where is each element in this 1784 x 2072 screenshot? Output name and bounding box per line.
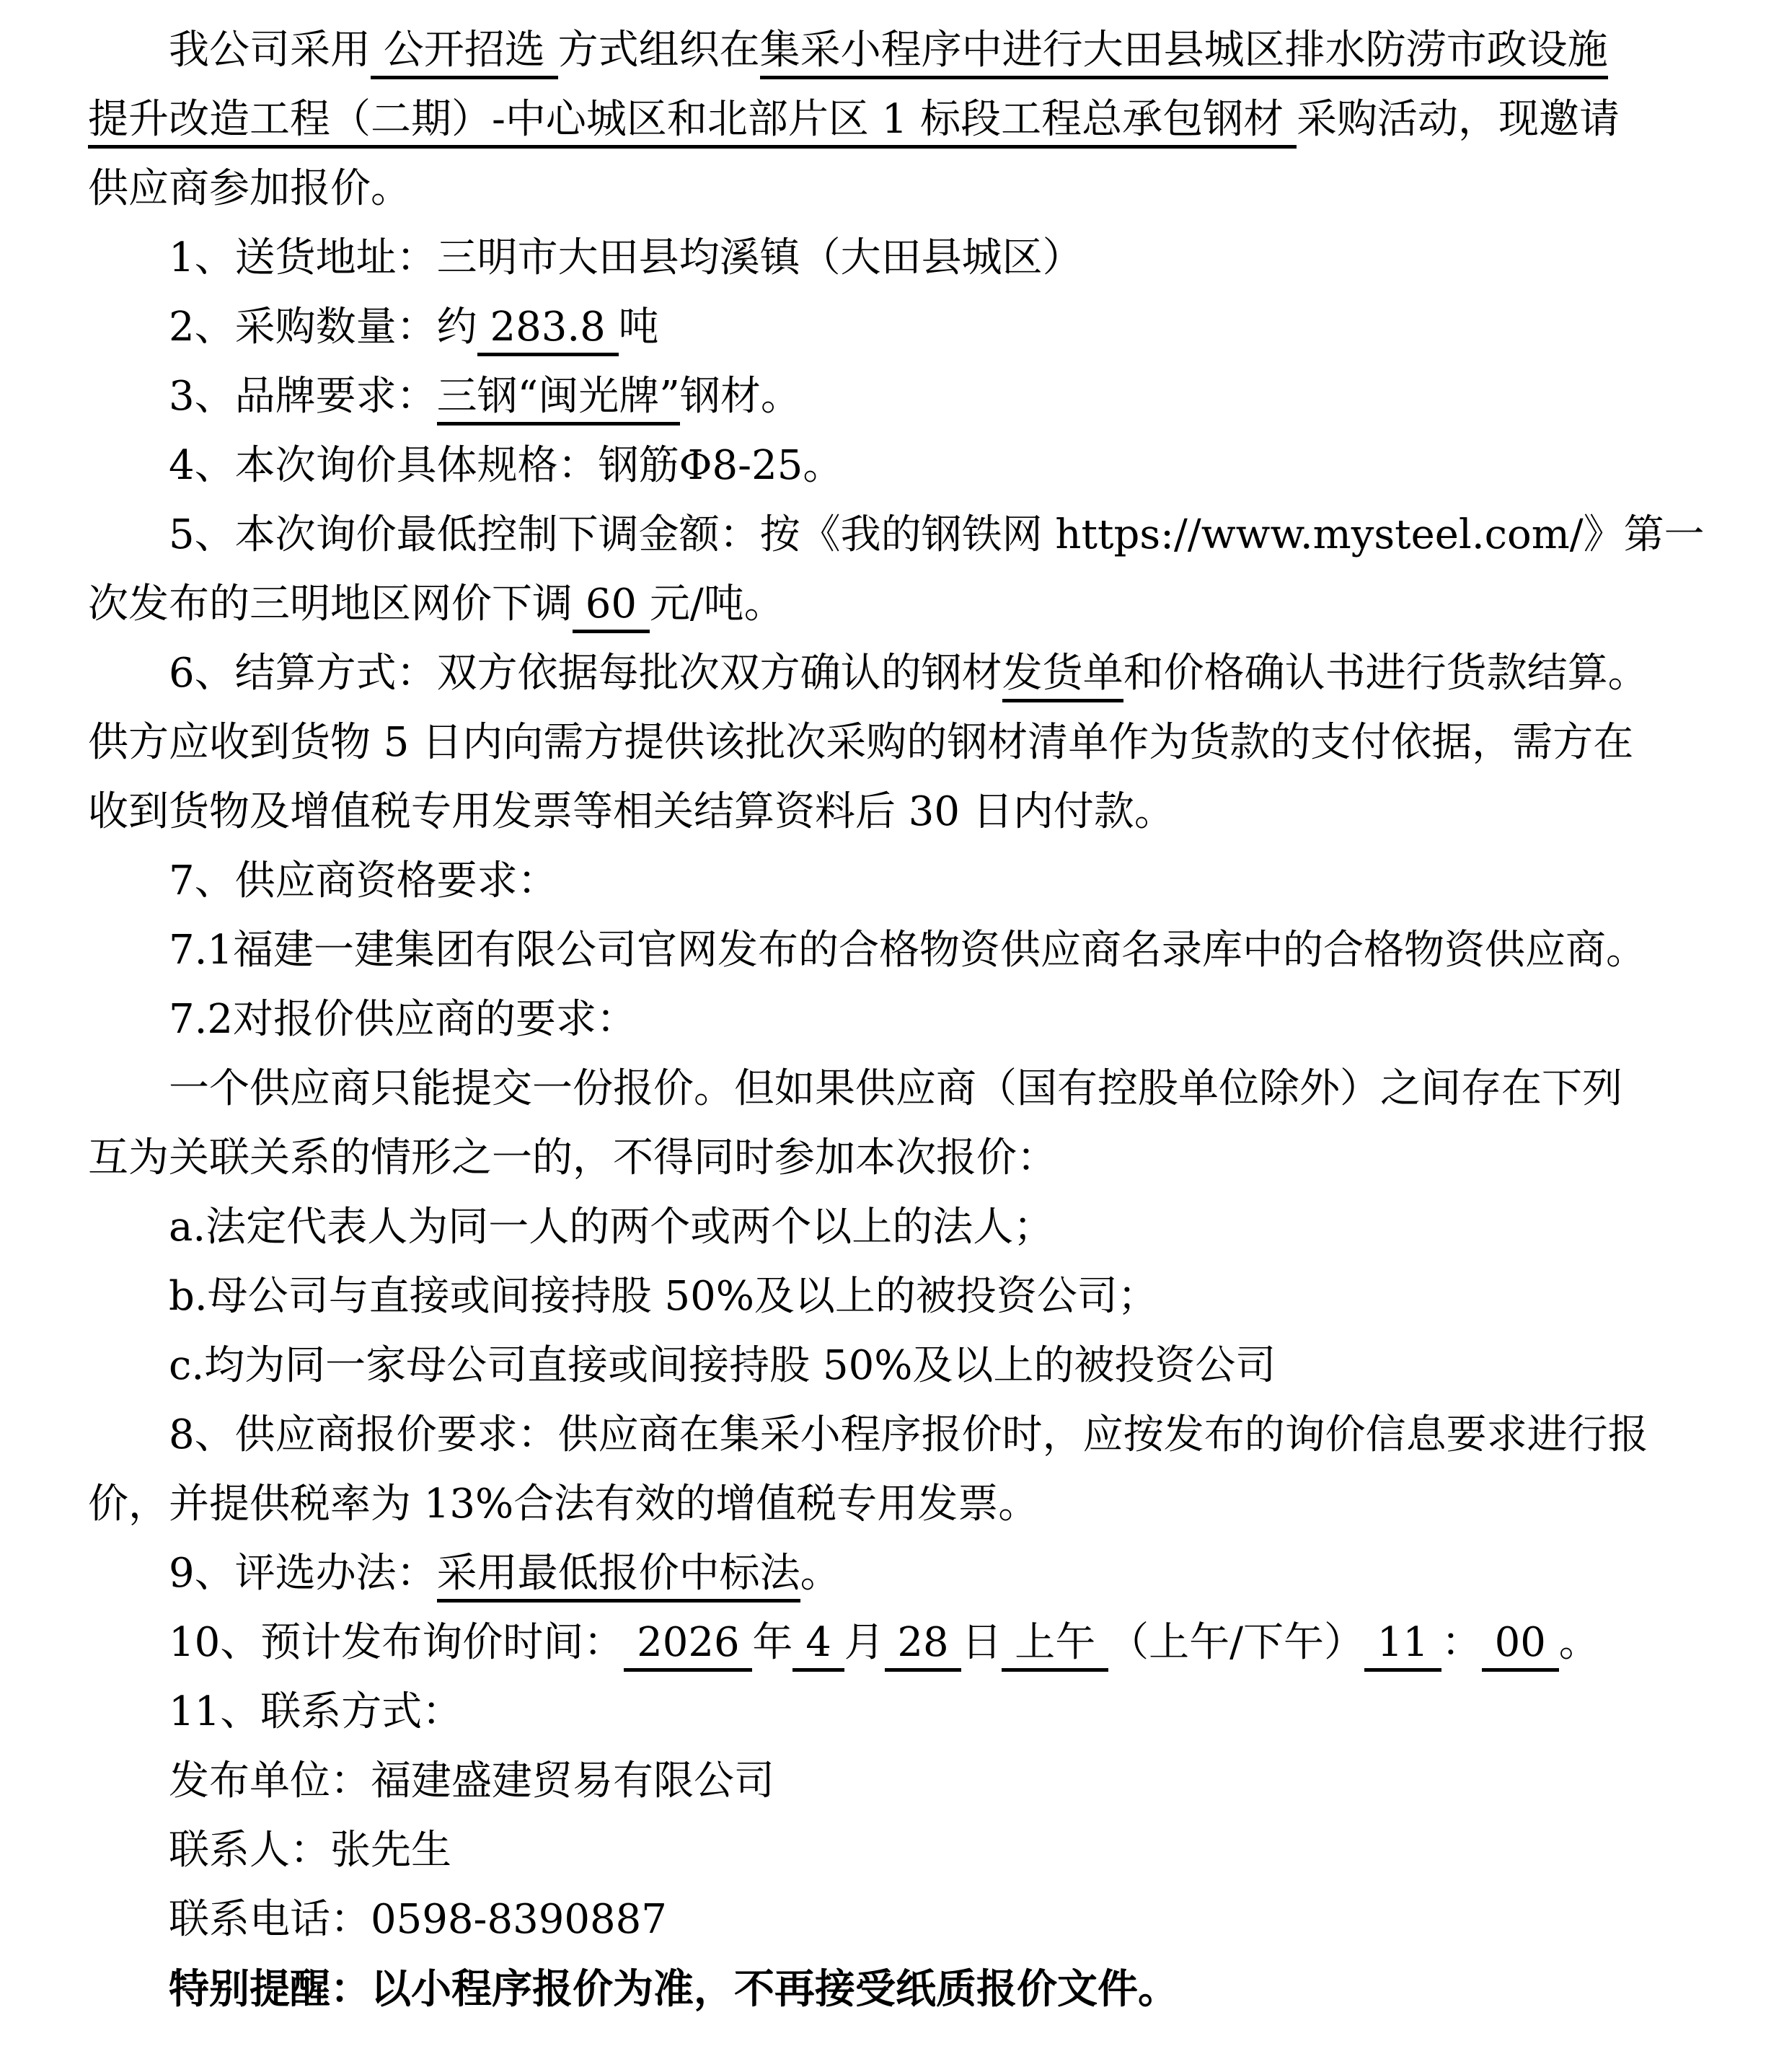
text-run: 元/吨。 bbox=[650, 581, 785, 627]
underlined-text-run: 60 bbox=[573, 581, 650, 633]
text-run: 联系人：张先生 bbox=[169, 1827, 451, 1874]
text-run: 收到货物及增值税专用发票等相关结算资料后 30 日内付款。 bbox=[88, 788, 1175, 835]
underlined-text-run: 采用最低报价中标法 bbox=[437, 1550, 800, 1603]
text-run: 我公司采用 bbox=[169, 27, 371, 74]
text-run: 。 bbox=[1559, 1619, 1599, 1666]
document-body: 我公司采用 公开招选 方式组织在集采小程序中进行大田县城区排水防涝市政设施提升改… bbox=[88, 16, 1723, 2024]
underlined-text-run: 公开招选 bbox=[371, 27, 558, 79]
paragraph-line: 我公司采用 公开招选 方式组织在集采小程序中进行大田县城区排水防涝市政设施 bbox=[88, 16, 1723, 85]
underlined-text-run: 11 bbox=[1364, 1619, 1441, 1672]
text-run: 4、本次询价具体规格：钢筋Φ8-25。 bbox=[169, 442, 843, 489]
text-run: 。 bbox=[800, 1550, 841, 1597]
underlined-text-run: 提升改造工程（二期）-中心城区和北部片区 1 标段工程总承包钢材 bbox=[88, 96, 1297, 149]
text-run: 7、供应商资格要求： bbox=[169, 858, 558, 904]
text-run: 2、采购数量：约 bbox=[169, 304, 477, 351]
paragraph-line: 7、供应商资格要求： bbox=[88, 847, 1723, 916]
paragraph-line: 发布单位：福建盛建贸易有限公司 bbox=[88, 1747, 1723, 1816]
paragraph-line: 9、评选办法：采用最低报价中标法。 bbox=[88, 1539, 1723, 1608]
underlined-text-run: 4 bbox=[792, 1619, 844, 1672]
paragraph-line: 一个供应商只能提交一份报价。但如果供应商（国有控股单位除外）之间存在下列 bbox=[88, 1054, 1723, 1124]
text-run: 年 bbox=[752, 1619, 792, 1666]
text-run: 发布单位：福建盛建贸易有限公司 bbox=[169, 1758, 774, 1804]
text-run: 钢材。 bbox=[680, 373, 801, 420]
text-run: 9、评选办法： bbox=[169, 1550, 437, 1597]
text-run: 方式组织在 bbox=[558, 27, 760, 74]
text-run: 互为关联关系的情形之一的，不得同时参加本次报价： bbox=[88, 1134, 1057, 1181]
underlined-text-run: 00 bbox=[1482, 1619, 1559, 1672]
text-run: 供应商参加报价。 bbox=[88, 165, 411, 212]
paragraph-line: 3、品牌要求：三钢“闽光牌”钢材。 bbox=[88, 362, 1723, 431]
paragraph-line: b.母公司与直接或间接持股 50%及以上的被投资公司； bbox=[88, 1262, 1723, 1331]
text-run: 特别提醒：以小程序报价为准，不再接受纸质报价文件。 bbox=[169, 1965, 1178, 2013]
document-page: 我公司采用 公开招选 方式组织在集采小程序中进行大田县城区排水防涝市政设施提升改… bbox=[0, 0, 1784, 2072]
paragraph-line: 联系电话：0598-8390887 bbox=[88, 1885, 1723, 1954]
paragraph-line: 11、联系方式： bbox=[88, 1678, 1723, 1747]
underlined-text-run: 28 bbox=[885, 1619, 962, 1672]
text-run: ： bbox=[1441, 1619, 1482, 1666]
text-run: 供方应收到货物 5 日内向需方提供该批次采购的钢材清单作为货款的支付依据，需方在 bbox=[88, 719, 1633, 766]
text-run: 吨 bbox=[619, 304, 659, 351]
paragraph-line: 7.1福建一建集团有限公司官网发布的合格物资供应商名录库中的合格物资供应商。 bbox=[88, 916, 1723, 985]
text-run: 和价格确认书进行货款结算。 bbox=[1123, 650, 1648, 697]
paragraph-line: 收到货物及增值税专用发票等相关结算资料后 30 日内付款。 bbox=[88, 777, 1723, 847]
paragraph-line: 供应商参加报价。 bbox=[88, 154, 1723, 224]
paragraph-line: 提升改造工程（二期）-中心城区和北部片区 1 标段工程总承包钢材 采购活动，现邀… bbox=[88, 85, 1723, 154]
paragraph-line: a.法定代表人为同一人的两个或两个以上的法人； bbox=[88, 1193, 1723, 1262]
paragraph-line: c.均为同一家母公司直接或间接持股 50%及以上的被投资公司 bbox=[88, 1331, 1723, 1401]
text-run: 7.2对报价供应商的要求： bbox=[169, 996, 637, 1043]
text-run: 价，并提供税率为 13%合法有效的增值税专用发票。 bbox=[88, 1481, 1038, 1527]
paragraph-line: 8、供应商报价要求：供应商在集采小程序报价时，应按发布的询价信息要求进行报 bbox=[88, 1401, 1723, 1470]
paragraph-line: 5、本次询价最低控制下调金额：按《我的钢铁网 https://www.myste… bbox=[88, 501, 1723, 570]
paragraph-line: 联系人：张先生 bbox=[88, 1816, 1723, 1885]
text-run: 8、供应商报价要求：供应商在集采小程序报价时，应按发布的询价信息要求进行报 bbox=[169, 1411, 1648, 1458]
text-run: 6、结算方式：双方依据每批次双方确认的钢材 bbox=[169, 650, 1002, 697]
text-run: 3、品牌要求： bbox=[169, 373, 437, 420]
text-run: 10、预计发布询价时间： bbox=[169, 1619, 624, 1666]
text-run: 采购活动，现邀请 bbox=[1297, 96, 1620, 143]
text-run: a.法定代表人为同一人的两个或两个以上的法人； bbox=[169, 1204, 1054, 1251]
text-run: 11、联系方式： bbox=[169, 1688, 462, 1735]
paragraph-line: 供方应收到货物 5 日内向需方提供该批次采购的钢材清单作为货款的支付依据，需方在 bbox=[88, 708, 1723, 777]
paragraph-line: 1、送货地址：三明市大田县均溪镇（大田县城区） bbox=[88, 224, 1723, 293]
paragraph-line: 价，并提供税率为 13%合法有效的增值税专用发票。 bbox=[88, 1470, 1723, 1539]
paragraph-line: 2、采购数量：约 283.8 吨 bbox=[88, 293, 1723, 362]
text-run: 联系电话：0598-8390887 bbox=[169, 1896, 667, 1943]
underlined-text-run: 2026 bbox=[624, 1619, 752, 1672]
underlined-text-run: 上午 bbox=[1002, 1619, 1108, 1672]
underlined-text-run: 283.8 bbox=[477, 304, 619, 356]
paragraph-line: 特别提醒：以小程序报价为准，不再接受纸质报价文件。 bbox=[88, 1954, 1723, 2024]
text-run: 一个供应商只能提交一份报价。但如果供应商（国有控股单位除外）之间存在下列 bbox=[169, 1065, 1622, 1112]
text-run: （上午/下午） bbox=[1108, 1619, 1364, 1666]
paragraph-line: 4、本次询价具体规格：钢筋Φ8-25。 bbox=[88, 431, 1723, 501]
text-run: 日 bbox=[961, 1619, 1002, 1666]
underlined-text-run: 发货单 bbox=[1002, 650, 1123, 702]
text-run: b.母公司与直接或间接持股 50%及以上的被投资公司； bbox=[169, 1273, 1158, 1320]
text-run: c.均为同一家母公司直接或间接持股 50%及以上的被投资公司 bbox=[169, 1342, 1276, 1389]
underlined-text-run: 三钢“闽光牌” bbox=[437, 373, 680, 426]
paragraph-line: 10、预计发布询价时间： 2026 年 4 月 28 日 上午 （上午/下午） … bbox=[88, 1608, 1723, 1678]
text-run: 月 bbox=[844, 1619, 885, 1666]
paragraph-line: 互为关联关系的情形之一的，不得同时参加本次报价： bbox=[88, 1124, 1723, 1193]
paragraph-line: 次发布的三明地区网价下调 60 元/吨。 bbox=[88, 570, 1723, 639]
text-run: 5、本次询价最低控制下调金额：按《我的钢铁网 https://www.myste… bbox=[169, 511, 1705, 558]
paragraph-line: 6、结算方式：双方依据每批次双方确认的钢材发货单和价格确认书进行货款结算。 bbox=[88, 639, 1723, 708]
text-run: 7.1福建一建集团有限公司官网发布的合格物资供应商名录库中的合格物资供应商。 bbox=[169, 927, 1646, 974]
underlined-text-run: 集采小程序中进行大田县城区排水防涝市政设施 bbox=[760, 27, 1608, 79]
text-run: 1、送货地址：三明市大田县均溪镇（大田县城区） bbox=[169, 234, 1083, 281]
paragraph-line: 7.2对报价供应商的要求： bbox=[88, 985, 1723, 1054]
text-run: 次发布的三明地区网价下调 bbox=[88, 581, 573, 627]
